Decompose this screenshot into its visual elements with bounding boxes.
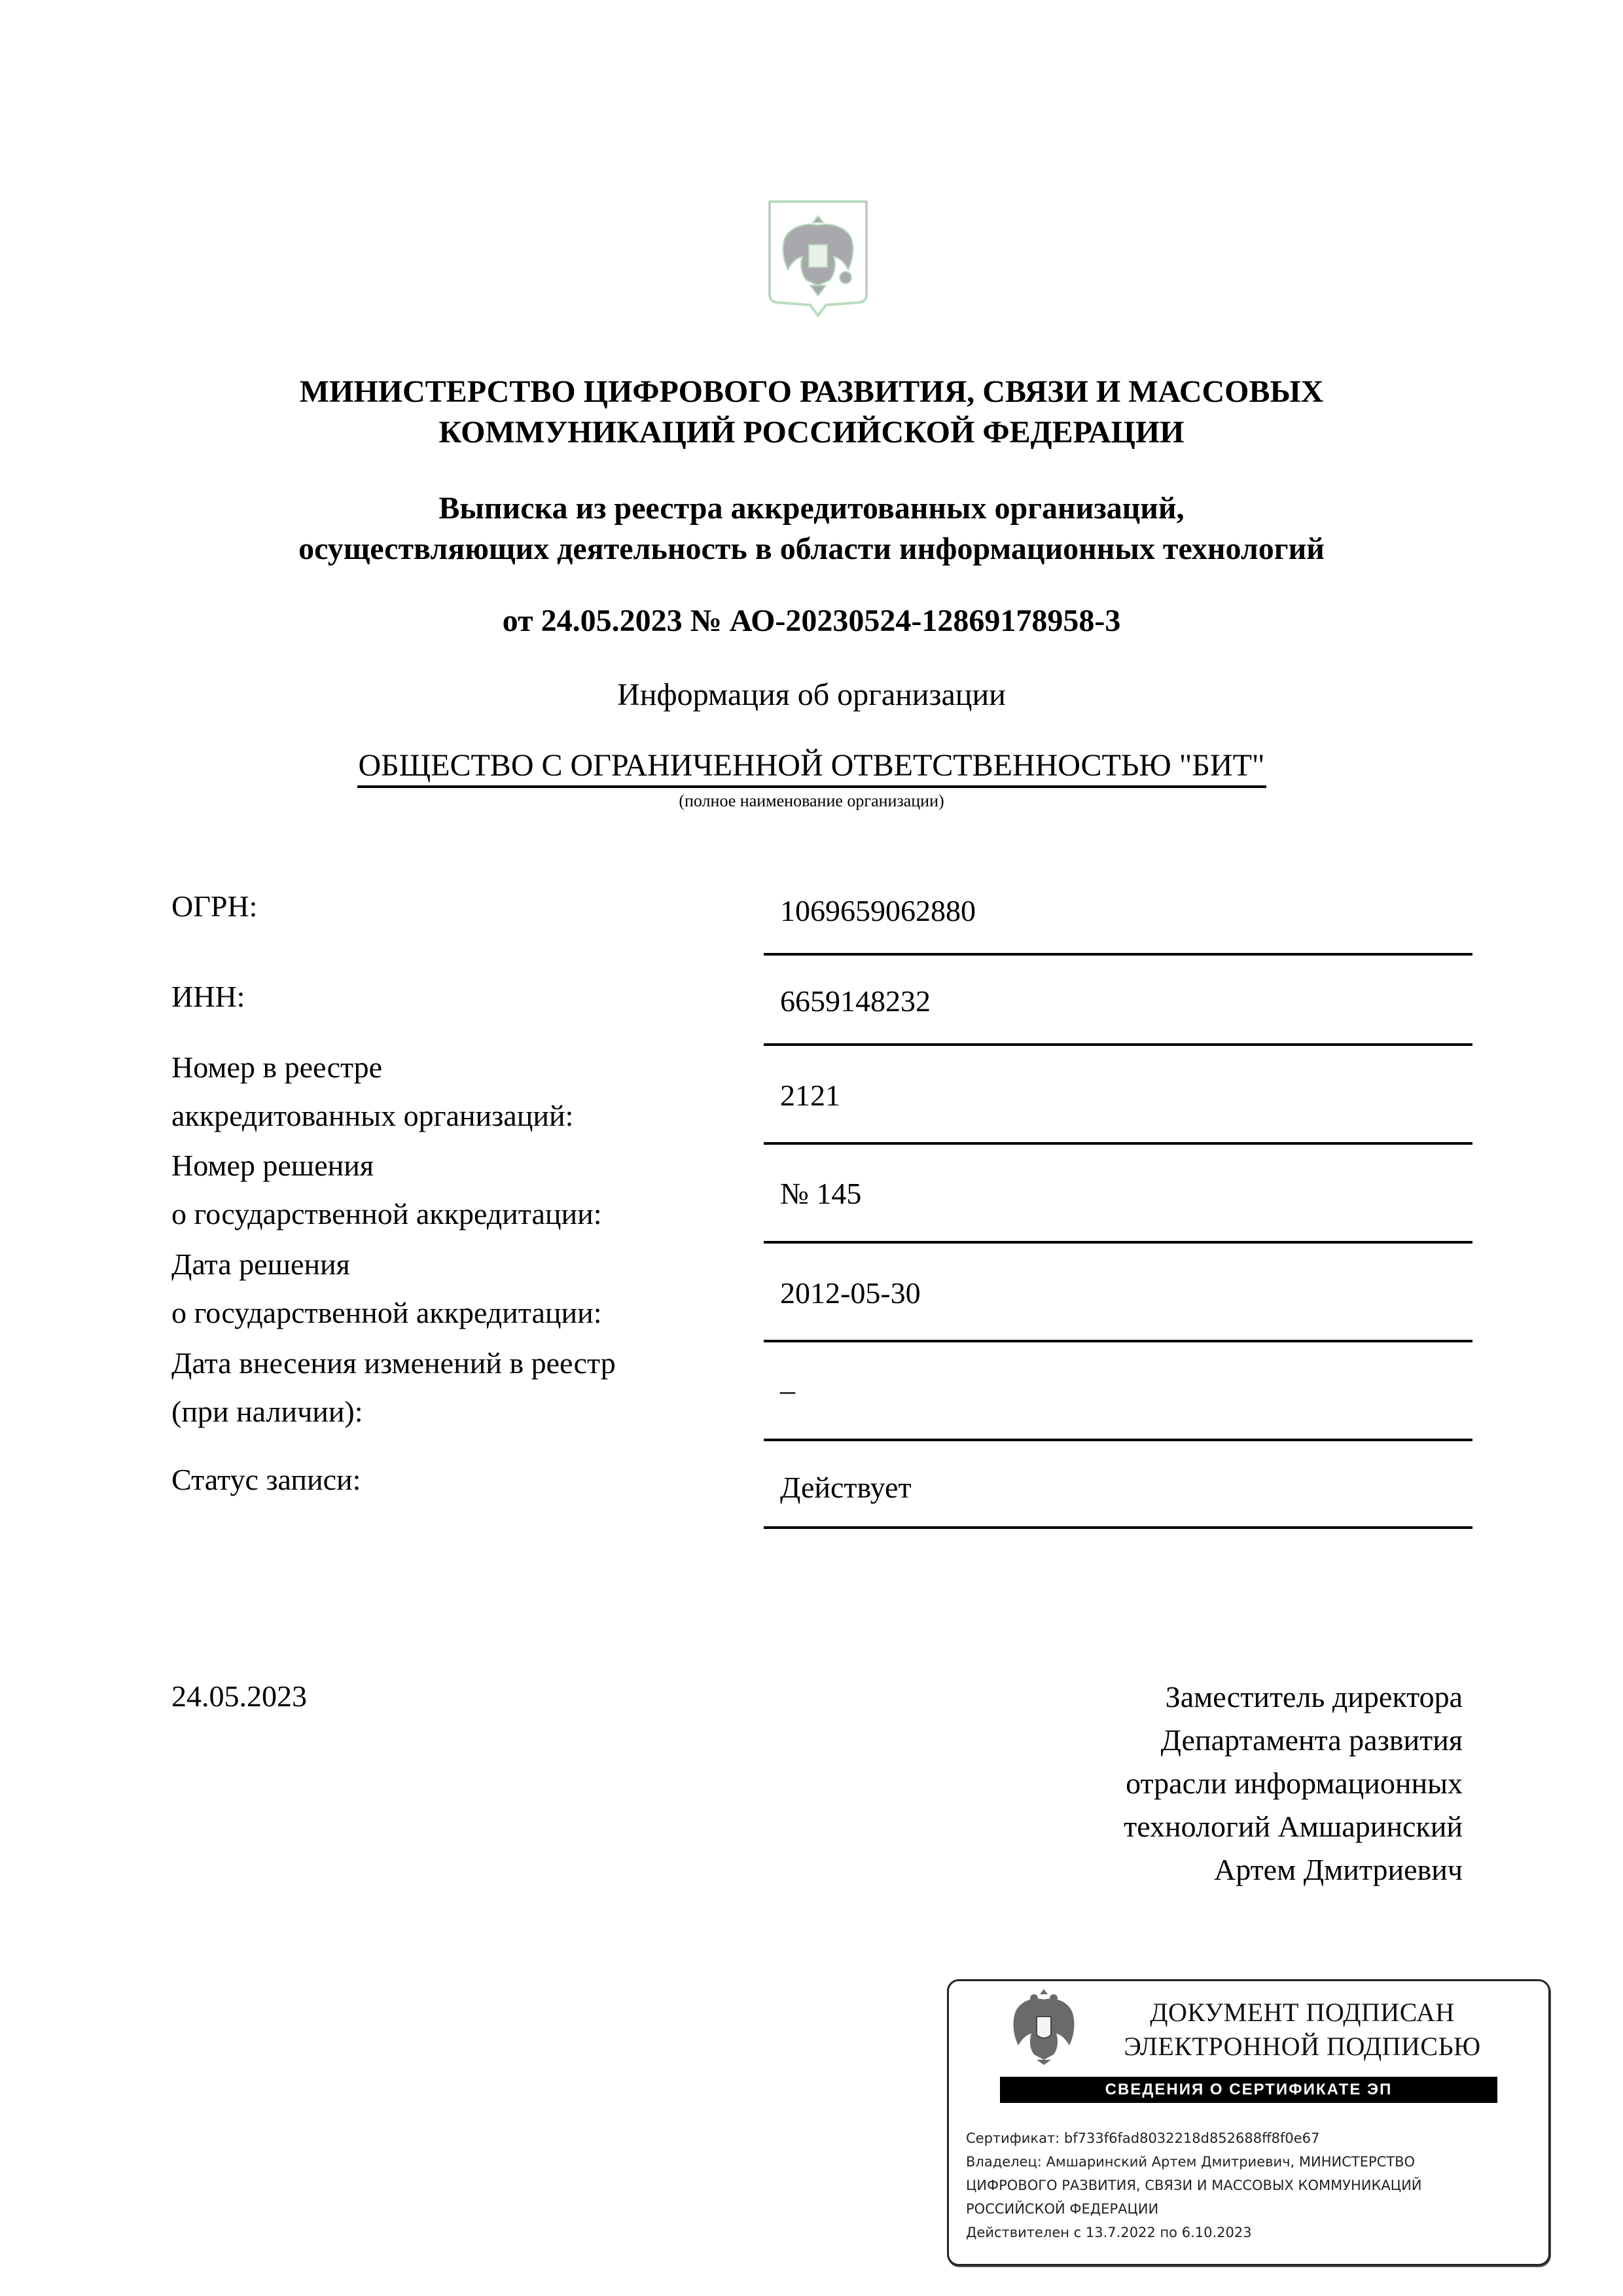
label-line: ИНН: — [171, 973, 245, 1021]
organization-full-name: ОБЩЕСТВО С ОГРАНИЧЕННОЙ ОТВЕТСТВЕННОСТЬЮ… — [357, 746, 1266, 788]
signatory-line: Заместитель директора — [874, 1676, 1463, 1719]
stamp-title: ДОКУМЕНТ ПОДПИСАН ЭЛЕКТРОННОЙ ПОДПИСЬЮ — [1099, 1996, 1505, 2064]
field-label-inn: ИНН: — [171, 973, 245, 1021]
field-label-decision-date: Дата решения о государственной аккредита… — [171, 1240, 602, 1337]
field-value-decision-date: 2012-05-30 — [780, 1274, 921, 1313]
document-number: от 24.05.2023 № АО-20230524-12869178958-… — [0, 601, 1623, 641]
field-value-record-status: Действует — [780, 1468, 912, 1507]
field-label-ogrn: ОГРН: — [171, 882, 257, 931]
ministry-name: МИНИСТЕРСТВО ЦИФРОВОГО РАЗВИТИЯ, СВЯЗИ И… — [0, 372, 1623, 453]
field-value-decision-number: № 145 — [780, 1174, 861, 1213]
certificate-id: Сертификат: bf733f6fad8032218d852688ff8f… — [966, 2126, 1542, 2150]
document-title-line-1: Выписка из реестра аккредитованных орган… — [0, 488, 1623, 529]
label-line: Дата решения — [171, 1240, 602, 1289]
field-divider — [764, 1439, 1472, 1441]
certificate-info-bar: СВЕДЕНИЯ О СЕРТИФИКАТЕ ЭП — [1000, 2077, 1497, 2103]
field-value-ogrn: 1069659062880 — [780, 891, 976, 931]
label-line: Дата внесения изменений в реестр — [171, 1339, 616, 1388]
double-headed-eagle-icon — [1008, 1986, 1080, 2066]
section-heading: Информация об организации — [0, 675, 1623, 715]
field-label-record-status: Статус записи: — [171, 1456, 361, 1504]
label-line: Статус записи: — [171, 1456, 361, 1504]
field-label-decision-number: Номер решения о государственной аккредит… — [171, 1141, 602, 1238]
stamp-title-line-2: ЭЛЕКТРОННОЙ ПОДПИСЬЮ — [1099, 2030, 1505, 2064]
label-line: о государственной аккредитации: — [171, 1190, 602, 1238]
signatory-line: Департамента развития — [874, 1719, 1463, 1762]
document-title: Выписка из реестра аккредитованных орган… — [0, 488, 1623, 569]
signatory-line: отрасли информационных — [874, 1762, 1463, 1805]
label-line: ОГРН: — [171, 882, 257, 931]
field-divider — [764, 953, 1472, 956]
field-label-registry-number: Номер в реестре аккредитованных организа… — [171, 1043, 573, 1140]
ministry-name-line-1: МИНИСТЕРСТВО ЦИФРОВОГО РАЗВИТИЯ, СВЯЗИ И… — [0, 372, 1623, 412]
ministry-name-line-2: КОММУНИКАЦИЙ РОССИЙСКОЙ ФЕДЕРАЦИИ — [0, 412, 1623, 453]
signatory-block: Заместитель директора Департамента разви… — [874, 1676, 1463, 1892]
field-divider — [764, 1043, 1472, 1046]
field-value-inn: 6659148232 — [780, 982, 931, 1021]
label-line: Номер в реестре — [171, 1043, 573, 1092]
signatory-line: Артем Дмитриевич — [874, 1848, 1463, 1892]
stamp-title-line-1: ДОКУМЕНТ ПОДПИСАН — [1099, 1996, 1505, 2030]
field-divider — [764, 1142, 1472, 1145]
field-label-registry-change-date: Дата внесения изменений в реестр (при на… — [171, 1339, 616, 1436]
issue-date: 24.05.2023 — [171, 1677, 307, 1716]
certificate-owner-cont: ЦИФРОВОГО РАЗВИТИЯ, СВЯЗИ И МАССОВЫХ КОМ… — [966, 2174, 1542, 2197]
organization-name-caption: (полное наименование организации) — [0, 790, 1623, 812]
certificate-owner-cont: РОССИЙСКОЙ ФЕДЕРАЦИИ — [966, 2197, 1542, 2221]
field-value-registry-number: 2121 — [780, 1076, 840, 1115]
label-line: (при наличии): — [171, 1388, 616, 1436]
label-line: о государственной аккредитации: — [171, 1289, 602, 1337]
field-value-registry-change-date: – — [780, 1371, 795, 1410]
electronic-signature-stamp: ДОКУМЕНТ ПОДПИСАН ЭЛЕКТРОННОЙ ПОДПИСЬЮ С… — [947, 1979, 1550, 2266]
field-divider — [764, 1340, 1472, 1342]
field-divider — [764, 1241, 1472, 1244]
document-title-line-2: осуществляющих деятельность в области ин… — [0, 529, 1623, 569]
certificate-details: Сертификат: bf733f6fad8032218d852688ff8f… — [966, 2126, 1542, 2244]
certificate-validity: Действителен с 13.7.2022 по 6.10.2023 — [966, 2221, 1542, 2244]
field-divider — [764, 1526, 1472, 1529]
label-line: аккредитованных организаций: — [171, 1092, 573, 1140]
signatory-line: технологий Амшаринский — [874, 1805, 1463, 1848]
label-line: Номер решения — [171, 1141, 602, 1190]
certificate-owner: Владелец: Амшаринский Артем Дмитриевич, … — [966, 2150, 1542, 2174]
russian-coat-of-arms-icon — [766, 196, 870, 321]
organization-name-block: ОБЩЕСТВО С ОГРАНИЧЕННОЙ ОТВЕТСТВЕННОСТЬЮ… — [0, 746, 1623, 788]
